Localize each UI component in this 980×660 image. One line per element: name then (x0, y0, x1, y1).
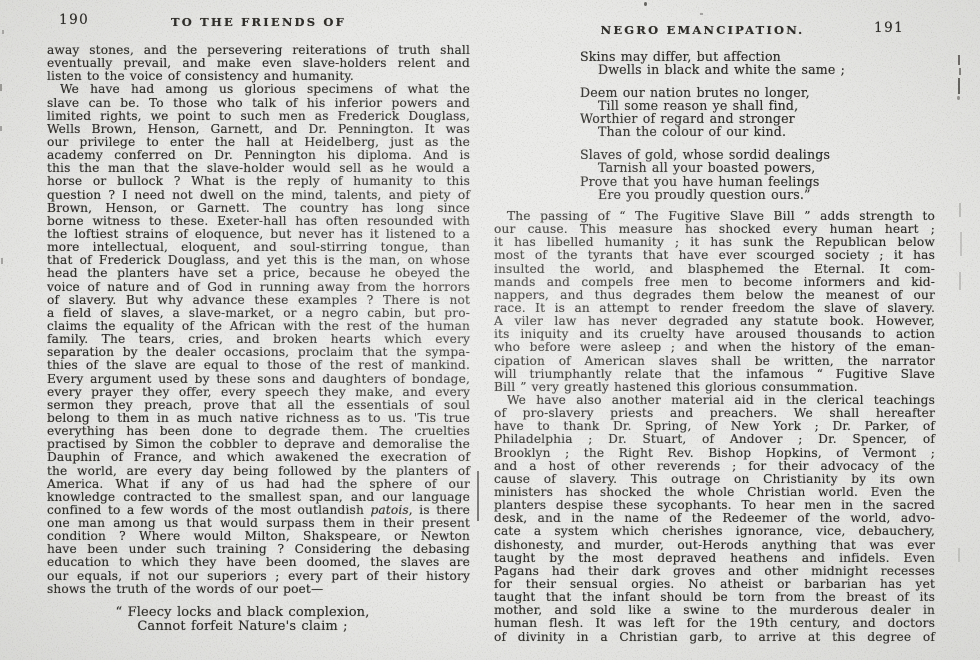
poem-stanza: Deem our nation brutes no longer,Till so… (580, 86, 930, 139)
margin-pencil-mark (959, 203, 961, 217)
text-line: “ Fleecy locks and black complexion, (47, 606, 438, 620)
page-edge-mark (2, 30, 4, 34)
text-line: Dwells in black and white the same ; (580, 63, 930, 76)
margin-pencil-mark (959, 272, 961, 290)
poem-stanza: Skins may differ, but affectionDwells in… (580, 50, 930, 76)
page-edge-mark (1, 258, 3, 264)
poem-stanza: Slaves of gold, whose sordid dealingsTar… (580, 148, 930, 201)
margin-pencil-mark (958, 548, 960, 562)
right-page-body-text: The passing of “ The Fugitive Slave Bill… (494, 210, 935, 644)
running-head-right: NEGRO EMANCIPATION. (482, 23, 923, 37)
margin-pencil-mark (958, 78, 960, 94)
margin-pencil-mark (959, 68, 961, 75)
text-line: Than the colour of our kind. (580, 125, 930, 138)
page-edge-mark (0, 84, 2, 91)
page-edge-mark (0, 126, 2, 131)
text-line: Ere you proudly question ours.” (580, 188, 930, 201)
margin-pencil-mark (960, 232, 962, 256)
page-number-right: 191 (874, 20, 904, 36)
right-page-poem: Skins may differ, but affectionDwells in… (580, 50, 930, 210)
left-page-poem: “ Fleecy locks and black complexion,Cann… (47, 606, 438, 634)
text-line: of divinity in a Christian garb, to arri… (494, 631, 935, 644)
left-page-body-text: away stones, and the persevering reitera… (47, 44, 470, 596)
ink-speck (644, 2, 647, 6)
margin-pencil-mark (957, 96, 960, 100)
text-line: shows the truth of the words of our poet… (47, 583, 470, 596)
scan-fold-mark (477, 471, 479, 521)
text-line: Cannot forfeit Nature's claim ; (47, 620, 438, 634)
ink-speck (700, 13, 703, 15)
running-head-left: TO THE FRIENDS OF (47, 15, 470, 29)
book-spread: 190 TO THE FRIENDS OF away stones, and t… (0, 0, 980, 660)
margin-pencil-mark (958, 55, 960, 65)
